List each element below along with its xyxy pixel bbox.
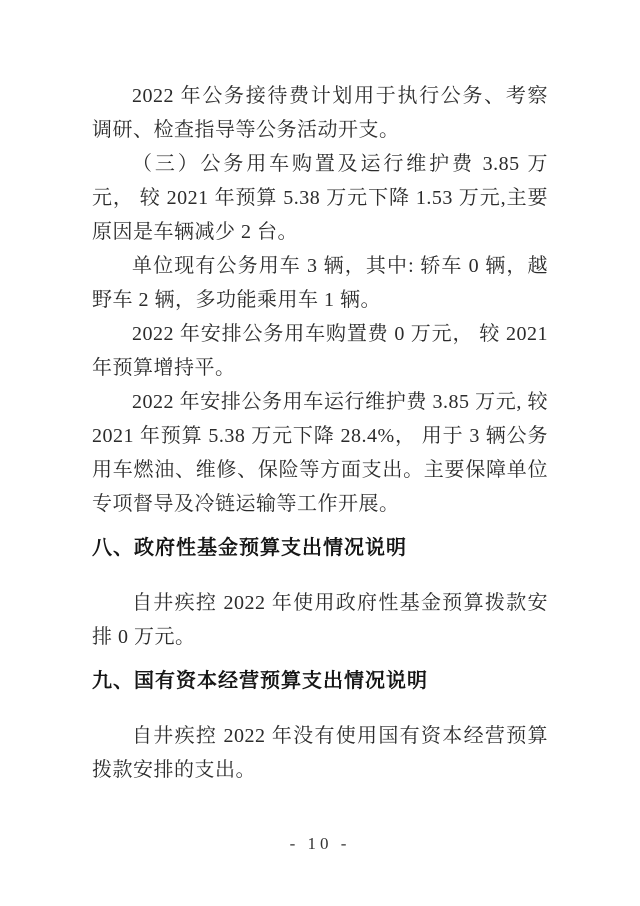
page-number: - 10 - [290, 834, 351, 853]
document-page: 2022 年公务接待费计划用于执行公务、考察调研、检查指导等公务活动开支。 （三… [0, 0, 640, 906]
paragraph-state-capital-budget-note: 自井疾控 2022 年没有使用国有资本经营预算拨款安排的支出。 [92, 719, 548, 787]
paragraph-vehicle-purchase-maintenance-fee: （三）公务用车购置及运行维护费 3.85 万元， 较 2021 年预算 5.38… [92, 147, 548, 249]
section-heading-state-capital-budget: 九、国有资本经营预算支出情况说明 [92, 667, 548, 695]
section-heading-government-fund-budget: 八、政府性基金预算支出情况说明 [92, 534, 548, 562]
paragraph-vehicle-operation-maintenance-budget: 2022 年安排公务用车运行维护费 3.85 万元, 较 2021 年预算 5.… [92, 385, 548, 521]
paragraph-official-reception-fee: 2022 年公务接待费计划用于执行公务、考察调研、检查指导等公务活动开支。 [92, 79, 548, 147]
paragraph-current-vehicle-count: 单位现有公务用车 3 辆，其中: 轿车 0 辆，越野车 2 辆，多功能乘用车 1… [92, 249, 548, 317]
paragraph-vehicle-purchase-budget: 2022 年安排公务用车购置费 0 万元， 较 2021 年预算增持平。 [92, 317, 548, 385]
page-footer: - 10 - [0, 834, 640, 854]
paragraph-government-fund-budget-note: 自井疾控 2022 年使用政府性基金预算拨款安排 0 万元。 [92, 586, 548, 654]
document-viewport: { "document": { "language": "zh-CN", "pa… [0, 0, 640, 906]
